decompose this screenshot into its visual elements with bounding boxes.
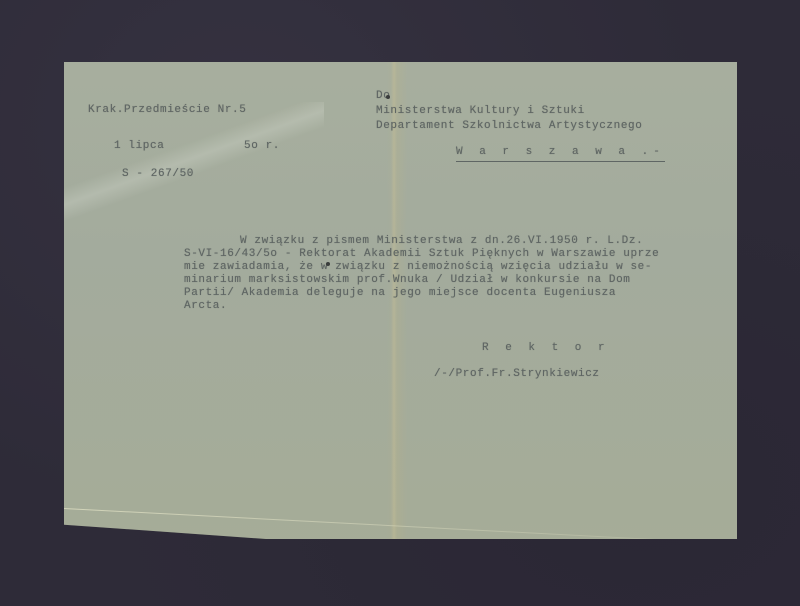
date-day: 1 lipca [114, 140, 164, 153]
recipient-department: Departament Szkolnictwa Artystycznego [376, 120, 642, 133]
body-line: mie zawiadamia, że w związku z niemożnoś… [184, 261, 652, 274]
vertical-fold-crease [391, 62, 397, 539]
body-line: minarium marksistowskim prof.Wnuka / Udz… [184, 274, 630, 287]
date-year: 5o r. [244, 140, 280, 153]
ink-dot [386, 95, 390, 99]
sender-address: Krak.Przedmieście Nr.5 [88, 104, 246, 117]
signature-title: R e k t o r [482, 342, 610, 355]
ink-dot [326, 262, 330, 266]
recipient-city: W a r s z a w a .- [456, 146, 665, 162]
body-line: Partii/ Akademia deleguje na jego miejsc… [184, 287, 616, 300]
letter-paper: Krak.Przedmieście Nr.5 1 lipca 5o r. S -… [64, 62, 737, 539]
body-line: W związku z pismem Ministerstwa z dn.26.… [204, 235, 643, 248]
body-line: S-VI-16/43/5o - Rektorat Akademii Sztuk … [184, 248, 659, 261]
paper-reflection [64, 102, 324, 222]
recipient-ministry: Ministerstwa Kultury i Sztuki [376, 105, 585, 118]
reference-number: S - 267/50 [122, 168, 194, 181]
body-line: Arcta. [184, 300, 227, 313]
signature-name: /-/Prof.Fr.Strynkiewicz [434, 368, 600, 381]
